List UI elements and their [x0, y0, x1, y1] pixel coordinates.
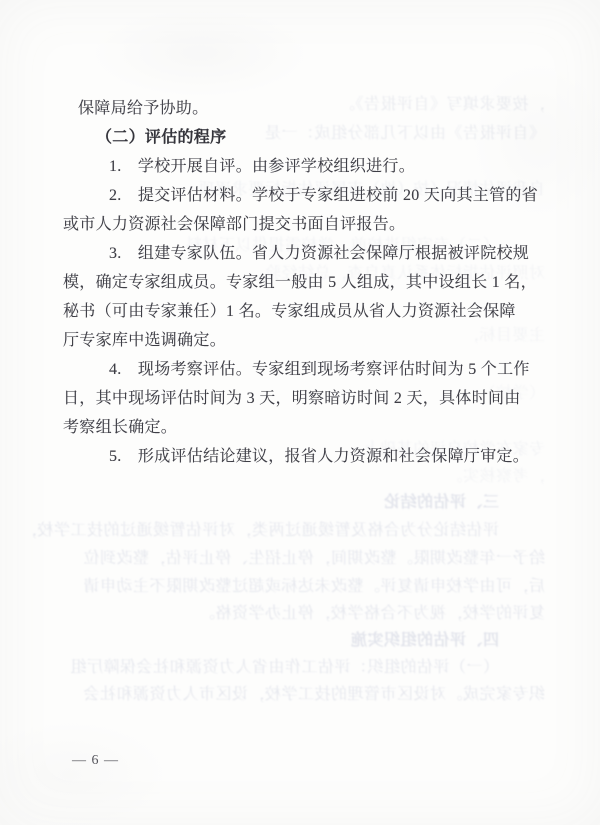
text-line: 厅专家库中选调确定。: [63, 326, 563, 355]
text-line: 3. 组建专家队伍。省人力资源社会保障厅根据被评院校规: [63, 239, 600, 268]
text-line: 2. 提交评估材料。学校于专家组进校前 20 天向其主管的省: [63, 181, 600, 210]
text-line: 5. 形成评估结论建议，报省人力资源和社会保障厅审定。: [63, 442, 600, 471]
text-line: 1. 学校开展自评。由参评学校组织进行。: [63, 152, 600, 181]
text-line: 秘书（可由专家兼任）1 名。专家组成员从省人力资源社会保障: [63, 297, 563, 326]
document-page: ，按要求填写《自评报告》。《自评报告》由以下几部分组成：一是自我评估情况（按（地…: [0, 0, 600, 825]
text-line: 考察组长确定。: [63, 413, 563, 442]
text-line: 保障局给予协助。: [63, 94, 578, 123]
page-number: — 6 —: [72, 753, 119, 769]
text-line: 模，确定专家组成员。专家组一般由 5 人组成，其中设组长 1 名，: [63, 268, 563, 297]
text-line: 或市人力资源社会保障部门提交书面自评报告。: [63, 210, 563, 239]
document-text: 保障局给予协助。（二）评估的程序1. 学校开展自评。由参评学校组织进行。2. 提…: [63, 0, 563, 825]
section-heading: （二）评估的程序: [63, 123, 596, 152]
text-line: 日，其中现场评估时间为 3 天，明察暗访时间 2 天，具体时间由: [63, 384, 563, 413]
text-line: 4. 现场考察评估。专家组到现场考察评估时间为 5 个工作: [63, 355, 600, 384]
